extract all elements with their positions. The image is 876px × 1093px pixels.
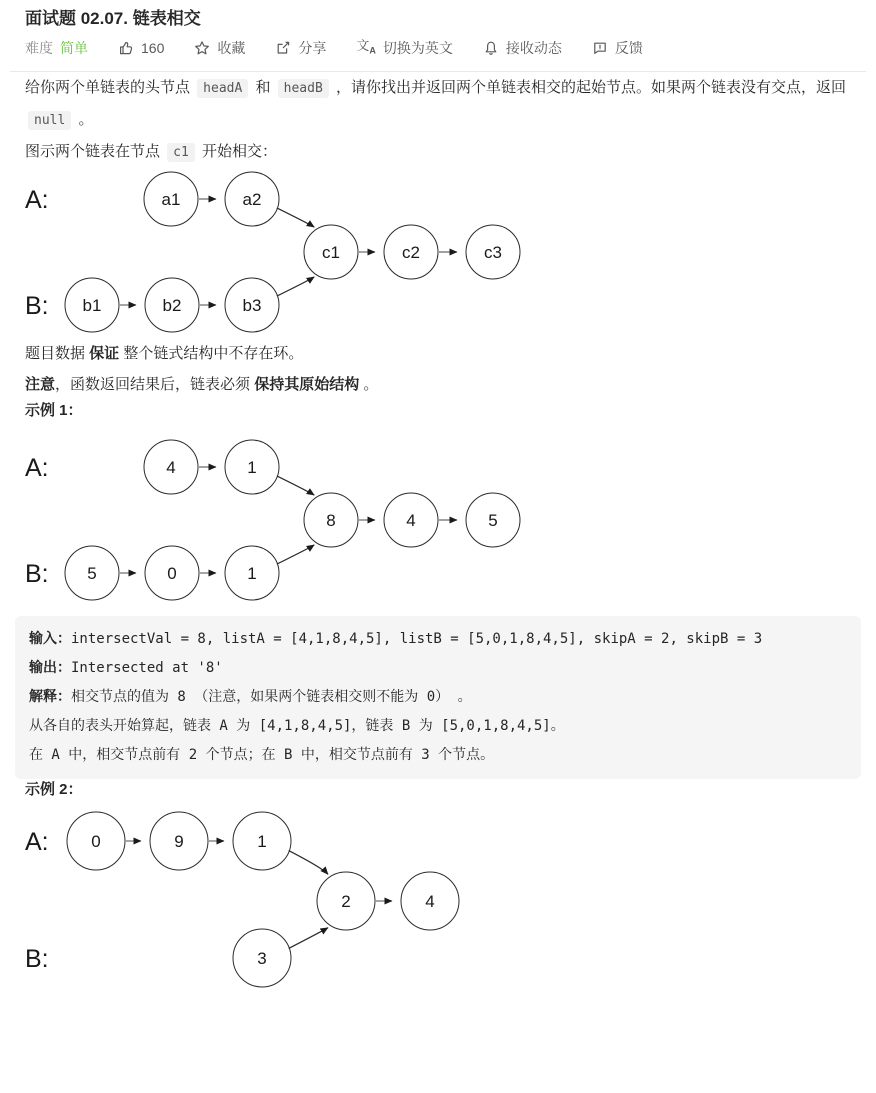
inline-code: c1 xyxy=(167,143,195,162)
switch-language-label: 切换为英文 xyxy=(383,38,453,58)
node-value: c3 xyxy=(484,243,502,262)
translate-icon: 文A xyxy=(356,39,376,58)
star-icon xyxy=(194,40,210,56)
feedback-button[interactable]: 反馈 xyxy=(592,38,643,58)
share-button[interactable]: 分享 xyxy=(275,38,326,58)
merge-arrow xyxy=(277,277,314,296)
node-value: c2 xyxy=(402,243,420,262)
feedback-icon xyxy=(592,40,608,56)
list-a-label: A: xyxy=(25,828,49,856)
bold-text: 保持其原始结构 xyxy=(254,376,359,393)
example-1-diagram: A:B:41501845 xyxy=(25,438,585,606)
text: 相交节点的值为 8 （注意，如果两个链表相交则不能为 0） 。 xyxy=(71,689,472,705)
thumbs-up-icon xyxy=(118,40,134,56)
text: Intersected at '8' xyxy=(71,660,223,676)
node-value: 5 xyxy=(87,564,96,583)
inline-code: headB xyxy=(278,79,329,98)
example-1-heading: 示例 1： xyxy=(25,400,851,421)
structure-note: 注意，函数返回结果后，链表必须 保持其原始结构 。 xyxy=(25,369,851,400)
meta-toolbar: 难度 简单 160 收藏 分享 文A 切换为英文 xyxy=(25,38,851,58)
bold-text: 输出： xyxy=(29,660,71,676)
text: 整个链式结构中不存在环。 xyxy=(119,345,303,362)
difficulty-label: 难度 xyxy=(25,38,53,58)
io-line-detail: 在 A 中，相交节点前有 2 个节点；在 B 中，相交节点前有 3 个节点。 xyxy=(29,741,847,770)
io-line-input: 输入：intersectVal = 8, listA = [4,1,8,4,5]… xyxy=(29,625,847,654)
node-value: 1 xyxy=(257,832,266,851)
favorite-button[interactable]: 收藏 xyxy=(194,38,245,58)
node-value: 4 xyxy=(425,892,434,911)
text: 在 A 中，相交节点前有 2 个节点；在 B 中，相交节点前有 3 个节点。 xyxy=(29,747,494,763)
bell-icon xyxy=(483,40,499,56)
merge-arrow xyxy=(277,545,314,564)
like-count: 160 xyxy=(141,40,164,56)
text: 图示两个链表在节点 xyxy=(25,143,164,160)
list-b-label: B: xyxy=(25,945,49,973)
node-value: a2 xyxy=(243,190,262,209)
merge-arrow xyxy=(277,208,314,227)
node-value: 8 xyxy=(326,511,335,530)
bold-text: 注意 xyxy=(25,376,55,393)
inline-code: headA xyxy=(197,79,248,98)
node-value: 3 xyxy=(257,949,266,968)
list-a-label: A: xyxy=(25,186,49,214)
merge-arrow xyxy=(277,476,314,495)
bold-text: 保证 xyxy=(89,345,119,362)
node-value: 9 xyxy=(174,832,183,851)
node-value: 2 xyxy=(341,892,350,911)
favorite-label: 收藏 xyxy=(217,38,245,58)
node-value: b1 xyxy=(83,296,102,315)
node-value: 4 xyxy=(406,511,415,530)
merge-arrow xyxy=(289,928,328,949)
subscribe-button[interactable]: 接收动态 xyxy=(483,38,562,58)
share-label: 分享 xyxy=(298,38,326,58)
node-value: b2 xyxy=(163,296,182,315)
node-value: a1 xyxy=(162,190,181,209)
node-value: 5 xyxy=(488,511,497,530)
text: 题目数据 xyxy=(25,345,89,362)
text: 给你两个单链表的头节点 xyxy=(25,79,194,96)
text: 和 xyxy=(251,79,274,96)
text: 开始相交： xyxy=(198,143,277,160)
constraint-note: 题目数据 保证 整个链式结构中不存在环。 xyxy=(25,338,851,369)
share-icon xyxy=(275,40,291,56)
example-2-heading: 示例 2： xyxy=(25,779,851,800)
subscribe-label: 接收动态 xyxy=(506,38,562,58)
node-value: 1 xyxy=(247,564,256,583)
io-line-detail: 从各自的表头开始算起，链表 A 为 [4,1,8,4,5]，链表 B 为 [5,… xyxy=(29,712,847,741)
text: 。 xyxy=(74,111,93,128)
node-value: b3 xyxy=(243,296,262,315)
difficulty-badge: 简单 xyxy=(60,38,88,58)
text: intersectVal = 8, listA = [4,1,8,4,5], l… xyxy=(71,631,762,647)
merge-arrow xyxy=(289,851,328,875)
feedback-label: 反馈 xyxy=(615,38,643,58)
bold-text: 输入： xyxy=(29,631,71,647)
text: 。 xyxy=(359,376,378,393)
text: ，请你找出并返回两个单链表相交的起始节点。如果两个链表没有交点，返回 xyxy=(332,79,846,96)
difficulty: 难度 简单 xyxy=(25,38,88,58)
diagram-caption: 图示两个链表在节点 c1 开始相交： xyxy=(25,136,851,168)
node-value: 4 xyxy=(166,458,175,477)
text: ，函数返回结果后，链表必须 xyxy=(55,376,254,393)
bold-text: 解释： xyxy=(29,689,71,705)
example-1-io-block: 输入：intersectVal = 8, listA = [4,1,8,4,5]… xyxy=(15,616,861,779)
like-button[interactable]: 160 xyxy=(118,40,164,56)
list-a-label: A: xyxy=(25,454,49,482)
list-b-label: B: xyxy=(25,560,49,588)
node-value: 0 xyxy=(91,832,100,851)
node-value: 1 xyxy=(247,458,256,477)
text: 从各自的表头开始算起，链表 A 为 [4,1,8,4,5]，链表 B 为 [5,… xyxy=(29,718,565,734)
io-line-explanation: 解释：相交节点的值为 8 （注意，如果两个链表相交则不能为 0） 。 xyxy=(29,683,847,712)
list-b-label: B: xyxy=(25,292,49,320)
io-line-output: 输出：Intersected at '8' xyxy=(29,654,847,683)
page-title: 面试题 02.07. 链表相交 xyxy=(25,9,851,29)
problem-page: 面试题 02.07. 链表相交 难度 简单 160 收藏 分享 xyxy=(0,0,876,991)
node-value: c1 xyxy=(322,243,340,262)
intersection-diagram: A:B:a1a2b1b2b3c1c2c3 xyxy=(25,170,585,338)
node-value: 0 xyxy=(167,564,176,583)
example-2-diagram: A:B:091324 xyxy=(25,802,585,991)
problem-statement: 给你两个单链表的头节点 headA 和 headB ，请你找出并返回两个单链表相… xyxy=(25,72,851,136)
switch-language-button[interactable]: 文A 切换为英文 xyxy=(356,38,453,58)
inline-code: null xyxy=(28,111,71,130)
